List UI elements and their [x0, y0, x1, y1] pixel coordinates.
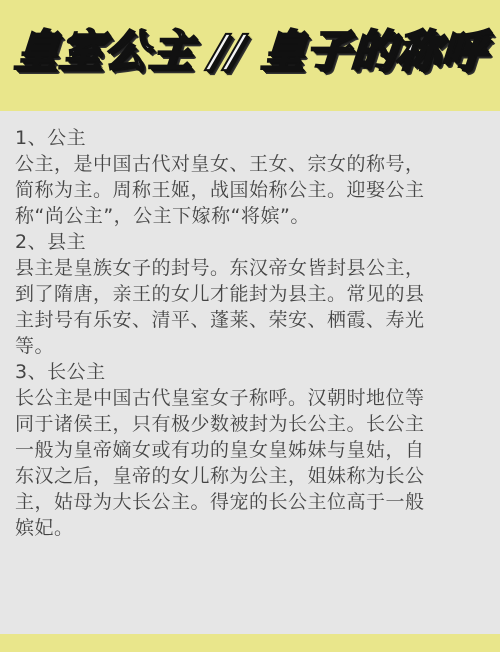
section-elder-princess: 3、长公主 长公主是中国古代皇室女子称呼。汉朝时地位等 同于诸侯王，只有极少数被…	[15, 359, 495, 541]
title-banner: 皇室公主 // 皇子的称呼	[0, 0, 500, 111]
body-line: 县主是皇族女子的封号。东汉帝女皆封县公主，	[15, 255, 495, 281]
body-line: 等。	[15, 333, 495, 359]
body-line: 称“尚公主”，公主下嫁称“将嫔”。	[15, 203, 495, 229]
section-heading: 1、公主	[15, 125, 495, 151]
section-county-princess: 2、县主 县主是皇族女子的封号。东汉帝女皆封县公主， 到了隋唐，亲王的女儿才能封…	[15, 229, 495, 359]
article-body: 1、公主 公主，是中国古代对皇女、王女、宗女的称号， 简称为主。周称王姬，战国始…	[15, 125, 495, 541]
body-line: 东汉之后，皇帝的女儿称为公主，姐妹称为长公	[15, 463, 495, 489]
page-title: 皇室公主 // 皇子的称呼	[0, 22, 500, 82]
body-line: 到了隋唐，亲王的女儿才能封为县主。常见的县	[15, 281, 495, 307]
section-princess: 1、公主 公主，是中国古代对皇女、王女、宗女的称号， 简称为主。周称王姬，战国始…	[15, 125, 495, 229]
section-heading: 2、县主	[15, 229, 495, 255]
body-line: 简称为主。周称王姬，战国始称公主。迎娶公主	[15, 177, 495, 203]
body-line: 长公主是中国古代皇室女子称呼。汉朝时地位等	[15, 385, 495, 411]
body-line: 嫔妃。	[15, 515, 495, 541]
footer-band	[0, 634, 500, 652]
body-line: 主，姑母为大长公主。得宠的长公主位高于一般	[15, 489, 495, 515]
body-line: 主封号有乐安、清平、蓬莱、荣安、栖霞、寿光	[15, 307, 495, 333]
body-line: 一般为皇帝嫡女或有功的皇女皇姊妹与皇姑，自	[15, 437, 495, 463]
body-line: 同于诸侯王，只有极少数被封为长公主。长公主	[15, 411, 495, 437]
section-heading: 3、长公主	[15, 359, 495, 385]
content-panel: 1、公主 公主，是中国古代对皇女、王女、宗女的称号， 简称为主。周称王姬，战国始…	[0, 111, 500, 634]
body-line: 公主，是中国古代对皇女、王女、宗女的称号，	[15, 151, 495, 177]
